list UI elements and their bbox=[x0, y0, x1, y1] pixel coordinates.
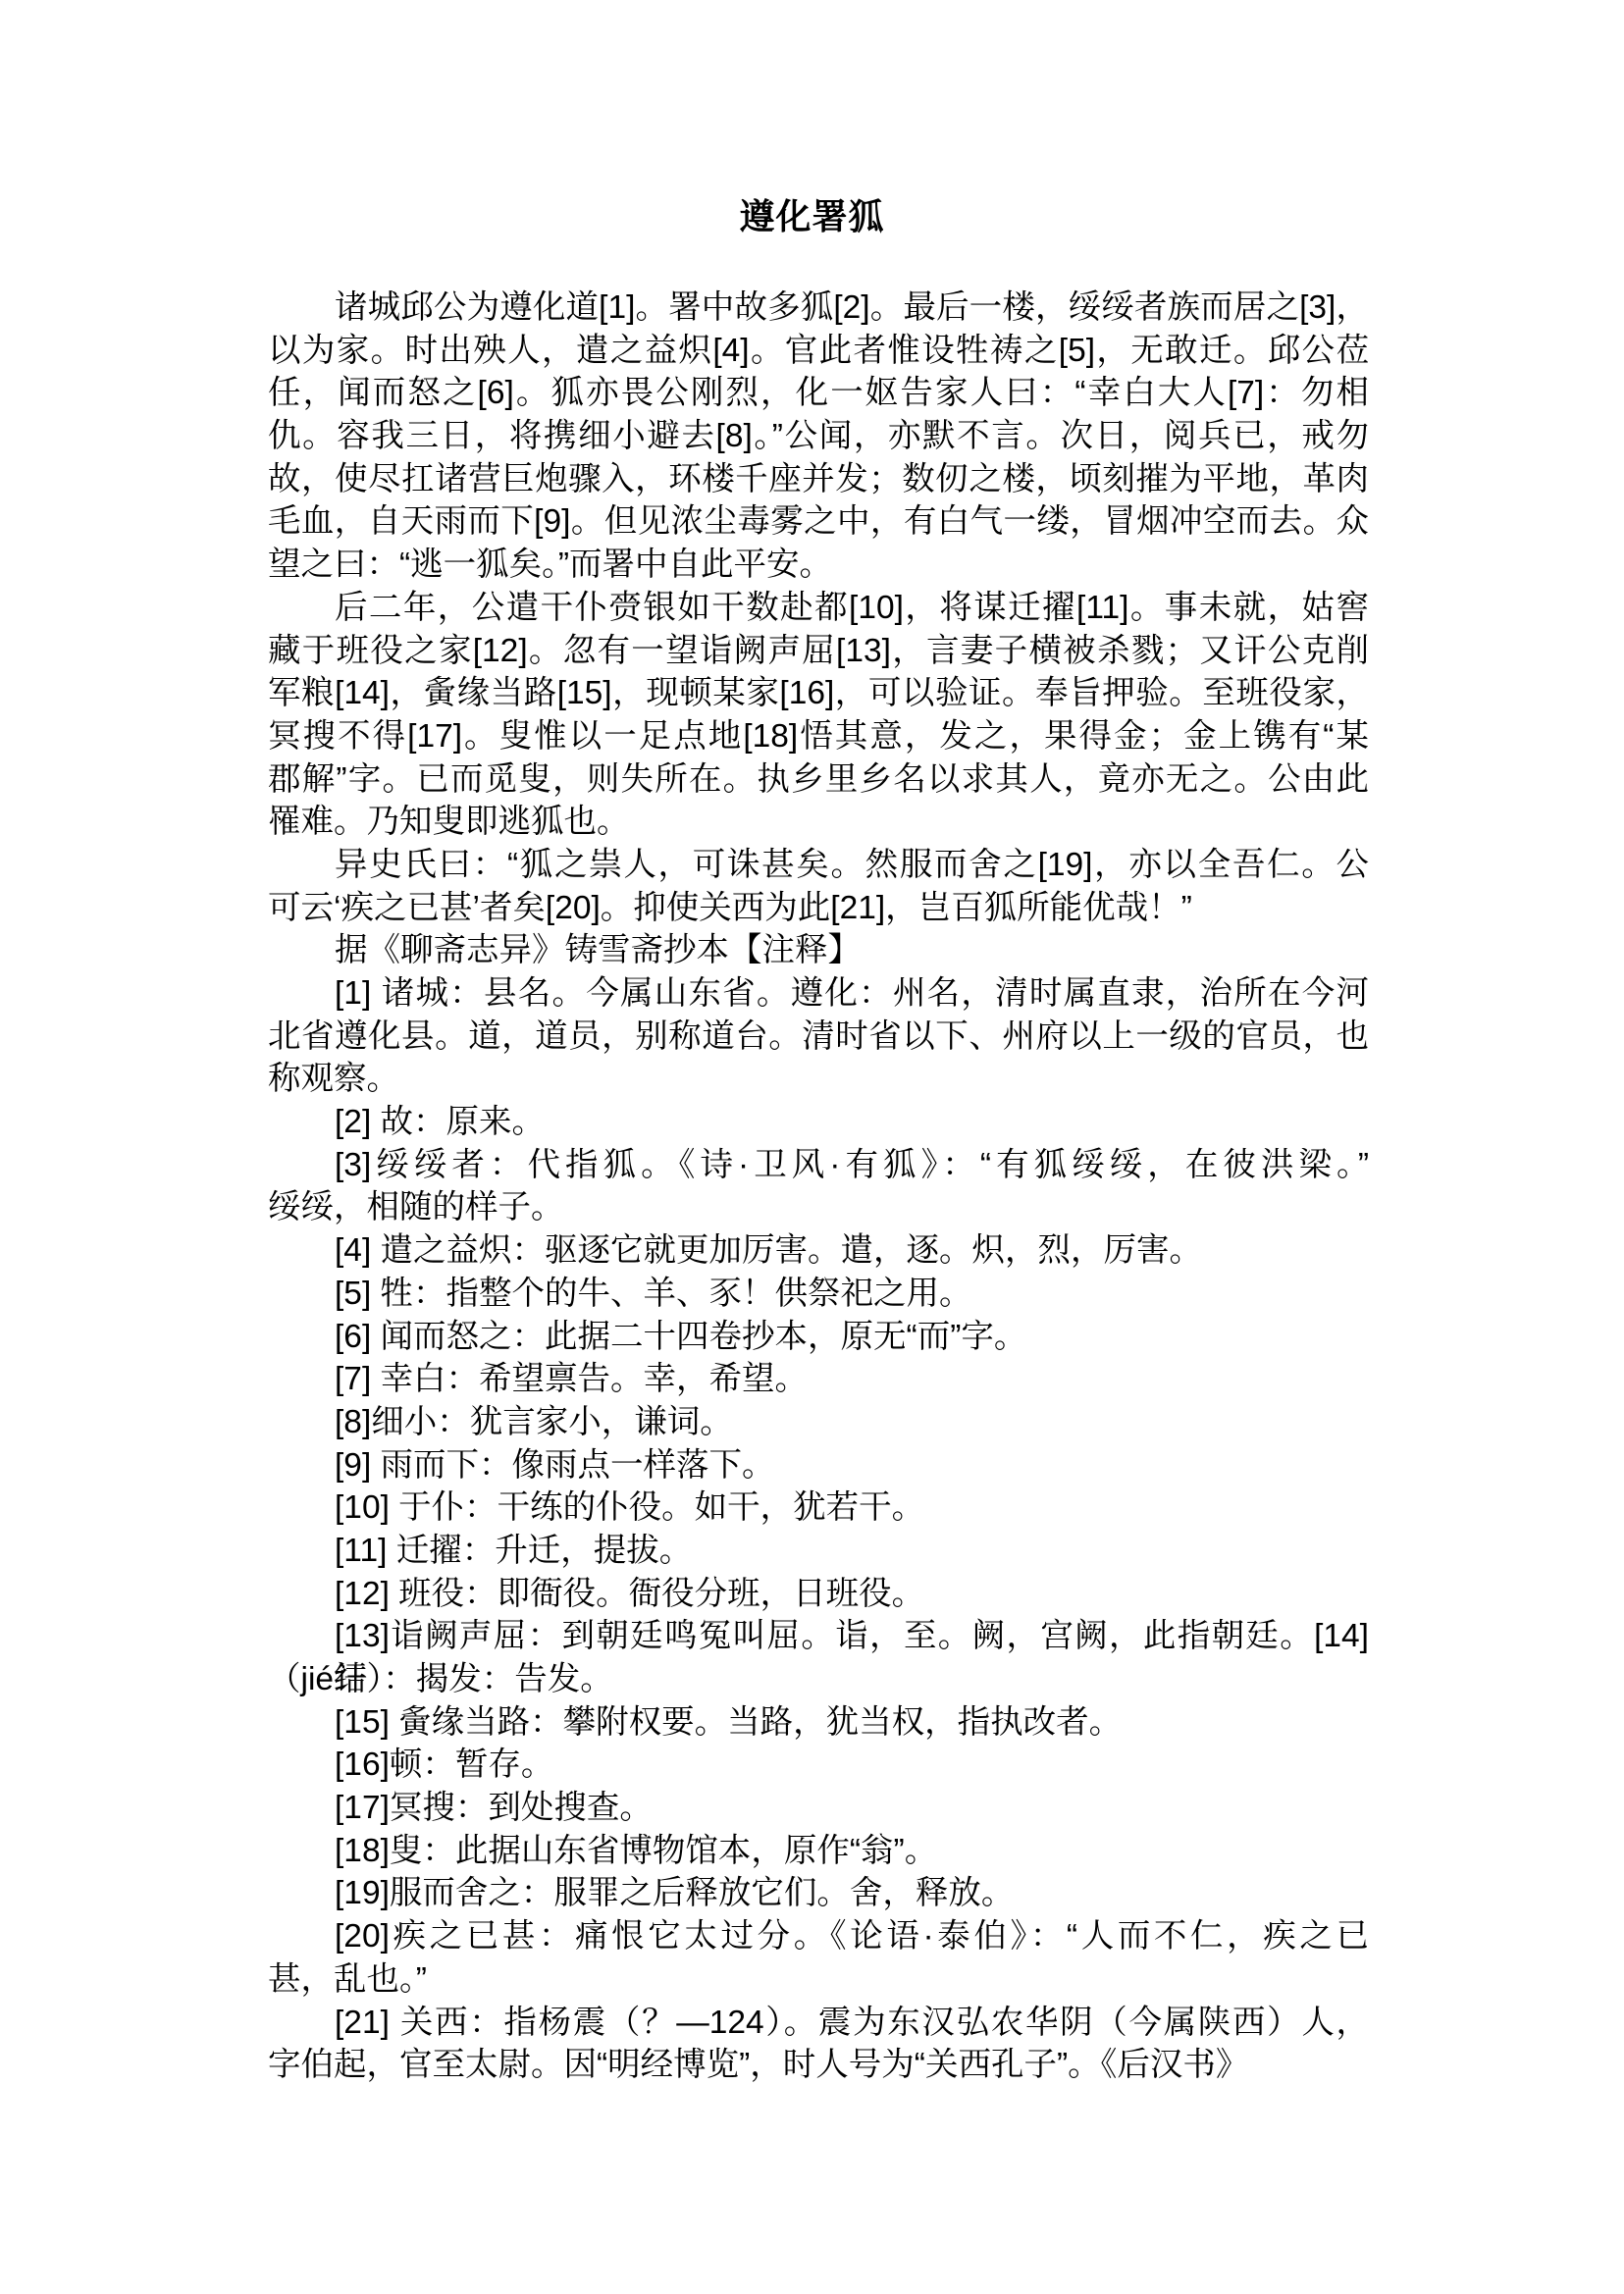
text-line-32: [13]诣阙声屈：到朝廷鸣冤叫屈。诣，至。阙，宫阙，此指朝廷。[14] 讦 bbox=[268, 1615, 1369, 1658]
story-title: 遵化署狐 bbox=[0, 197, 1624, 236]
text-line-37: [18]叟：此据山东省博物馆本，原作“翁”。 bbox=[268, 1830, 1369, 1873]
text-line-20: [2] 故：原来。 bbox=[268, 1101, 1369, 1144]
text-line-8: 后二年，公遣干仆赍银如干数赴都[10]，将谋迁擢[11]。事未就，姑窖 bbox=[268, 587, 1369, 630]
text-line-12: 郡解”字。已而觅叟，则失所在。执乡里乡名以求其人，竟亦无之。公由此 bbox=[268, 758, 1369, 802]
text-line-6: 毛血，自天雨而下[9]。但见浓尘毒雾之中，有白气一缕，冒烟冲空而去。众 bbox=[268, 500, 1369, 544]
text-line-25: [6] 闻而怒之：此据二十四卷抄本，原无“而”字。 bbox=[268, 1316, 1369, 1359]
text-line-10: 军粮[14]，夤缘当路[15]，现顿某家[16]，可以验证。奉旨押验。至班役家， bbox=[268, 672, 1369, 715]
text-line-27: [8]细小：犹言家小，谦词。 bbox=[268, 1401, 1369, 1444]
text-line-26: [7] 幸白：希望禀告。幸，希望。 bbox=[268, 1358, 1369, 1401]
text-line-13: 罹难。乃知叟即逃狐也。 bbox=[268, 801, 1369, 844]
text-line-40: 甚，乱也。” bbox=[268, 1958, 1369, 2002]
text-line-17: [1] 诸城：县名。今属山东省。遵化：州名，清时属直隶，治所在今河 bbox=[268, 972, 1369, 1016]
text-line-15: 可云‘疾之已甚’者矣[20]。抑使关西为此[21]，岂百狐所能优哉！” bbox=[268, 887, 1369, 930]
text-line-24: [5] 牲：指整个的牛、羊、豕！供祭祀之用。 bbox=[268, 1273, 1369, 1316]
text-line-7: 望之曰：“逃一狐矣。”而署中自此平安。 bbox=[268, 544, 1369, 587]
text-line-34: [15] 夤缘当路：攀附权要。当路，犹当权，指执改者。 bbox=[268, 1701, 1369, 1745]
text-line-1: 诸城邱公为遵化道[1]。署中故多狐[2]。最后一楼，绥绥者族而居之[3]， bbox=[268, 287, 1369, 330]
document-page: 遵化署狐 诸城邱公为遵化道[1]。署中故多狐[2]。最后一楼，绥绥者族而居之[3… bbox=[0, 0, 1624, 2294]
text-line-4: 仇。容我三日，将携细小避去[8]。”公闻，亦默不言。次日，阅兵已，戒勿 bbox=[268, 415, 1369, 458]
text-line-38: [19]服而舍之：服罪之后释放它们。舍，释放。 bbox=[268, 1872, 1369, 1915]
text-line-28: [9] 雨而下：像雨点一样落下。 bbox=[268, 1444, 1369, 1487]
text-line-3: 任，闻而怒之[6]。狐亦畏公刚烈，化一妪告家人曰：“幸白大人[7]：勿相 bbox=[268, 372, 1369, 415]
text-line-42: 字伯起，官至太尉。因“明经博览”，时人号为“关西孔子”。《后汉书》 bbox=[268, 2044, 1369, 2087]
text-line-39: [20]疾之已甚：痛恨它太过分。《论语·泰伯》：“人而不仁，疾之已 bbox=[268, 1915, 1369, 1958]
text-line-35: [16]顿：暂存。 bbox=[268, 1744, 1369, 1787]
text-line-14: 异史氏曰：“狐之祟人，可诛甚矣。然服而舍之[19]，亦以全吾仁。公 bbox=[268, 844, 1369, 887]
text-line-29: [10] 于仆：干练的仆役。如干，犹若干。 bbox=[268, 1486, 1369, 1530]
text-line-21: [3]绥绥者：代指狐。《诗·卫风·有狐》：“有狐绥绥，在彼洪梁。” bbox=[268, 1144, 1369, 1187]
text-line-11: 冥搜不得[17]。叟惟以一足点地[18]悟其意，发之，果得金；金上镌有“某 bbox=[268, 715, 1369, 758]
text-line-36: [17]冥搜：到处搜查。 bbox=[268, 1787, 1369, 1830]
text-line-33: （jié结）：揭发：告发。 bbox=[268, 1658, 1369, 1701]
text-line-19: 称观察。 bbox=[268, 1058, 1369, 1101]
text-line-31: [12] 班役：即衙役。衙役分班，日班役。 bbox=[268, 1573, 1369, 1616]
text-line-23: [4] 遣之益炽：驱逐它就更加厉害。遣，逐。炽，烈，厉害。 bbox=[268, 1229, 1369, 1273]
text-line-2: 以为家。时出殃人，遣之益炽[4]。官此者惟设牲祷之[5]，无敢迁。邱公莅 bbox=[268, 330, 1369, 373]
text-line-5: 故，使尽扛诸营巨炮骤入，环楼千座并发；数仞之楼，顷刻摧为平地，革肉 bbox=[268, 458, 1369, 501]
document-body: 诸城邱公为遵化道[1]。署中故多狐[2]。最后一楼，绥绥者族而居之[3]，以为家… bbox=[268, 287, 1369, 2087]
text-line-41: [21] 关西：指杨震（？—124）。震为东汉弘农华阴（今属陕西）人， bbox=[268, 2002, 1369, 2045]
text-line-16: 据《聊斋志异》铸雪斋抄本【注释】 bbox=[268, 929, 1369, 972]
text-line-22: 绥绥，相随的样子。 bbox=[268, 1186, 1369, 1229]
text-line-9: 藏于班役之家[12]。忽有一望诣阙声屈[13]，言妻子横被杀戮；又讦公克削 bbox=[268, 630, 1369, 673]
text-line-30: [11] 迁擢：升迁，提拔。 bbox=[268, 1530, 1369, 1573]
text-line-18: 北省遵化县。道，道员，别称道台。清时省以下、州府以上一级的官员，也 bbox=[268, 1016, 1369, 1059]
